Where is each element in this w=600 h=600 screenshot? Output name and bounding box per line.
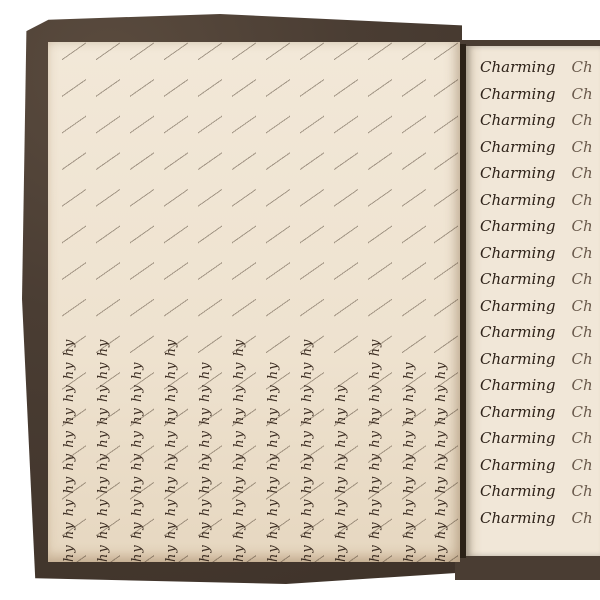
copy-line: CharmingCh xyxy=(480,319,593,346)
copy-line: CharmingCh xyxy=(480,293,593,320)
right-page: CharmingCh CharmingCh CharmingCh Charmin… xyxy=(466,46,600,556)
script-column: hy hy hy hy hy hy hy hy hy hy xyxy=(232,42,256,562)
copy-line: CharmingCh xyxy=(480,54,593,81)
script-column: hy hy hy hy hy hy hy hy hy xyxy=(130,42,154,562)
copy-line: CharmingCh xyxy=(480,213,593,240)
copy-line: CharmingCh xyxy=(480,505,593,532)
copy-line: CharmingCh xyxy=(480,81,593,108)
copy-line: CharmingCh xyxy=(480,266,593,293)
copy-lines: CharmingCh CharmingCh CharmingCh Charmin… xyxy=(480,54,593,531)
script-column: hy hy hy hy hy hy hy hy hy hy xyxy=(300,42,324,562)
script-column: hy hy hy hy hy hy hy hy hy hy xyxy=(96,42,120,562)
script-column: hy hy hy hy hy hy hy hy xyxy=(334,42,358,562)
copy-line: CharmingCh xyxy=(480,240,593,267)
copy-line: CharmingCh xyxy=(480,107,593,134)
script-column: hy hy hy hy hy hy hy hy hy hy xyxy=(164,42,188,562)
script-column: hy hy hy hy hy hy hy hy hy xyxy=(434,42,458,562)
copy-line: CharmingCh xyxy=(480,425,593,452)
copy-line: CharmingCh xyxy=(480,134,593,161)
copy-line: CharmingCh xyxy=(480,160,593,187)
script-column: hy hy hy hy hy hy hy hy hy xyxy=(266,42,290,562)
copy-line: CharmingCh xyxy=(480,478,593,505)
script-column: hy hy hy hy hy hy hy hy hy xyxy=(402,42,426,562)
copy-line: CharmingCh xyxy=(480,346,593,373)
copy-line: CharmingCh xyxy=(480,452,593,479)
script-column: hy hy hy hy hy hy hy hy hy xyxy=(198,42,222,562)
script-column: hy hy hy hy hy hy hy hy hy hy xyxy=(62,42,86,562)
left-page: hy hy hy hy hy hy hy hy hy hy hy hy hy h… xyxy=(48,42,460,562)
script-column: hy hy hy hy hy hy hy hy hy hy xyxy=(368,42,392,562)
copy-line: CharmingCh xyxy=(480,399,593,426)
copy-line: CharmingCh xyxy=(480,372,593,399)
copy-line: CharmingCh xyxy=(480,187,593,214)
